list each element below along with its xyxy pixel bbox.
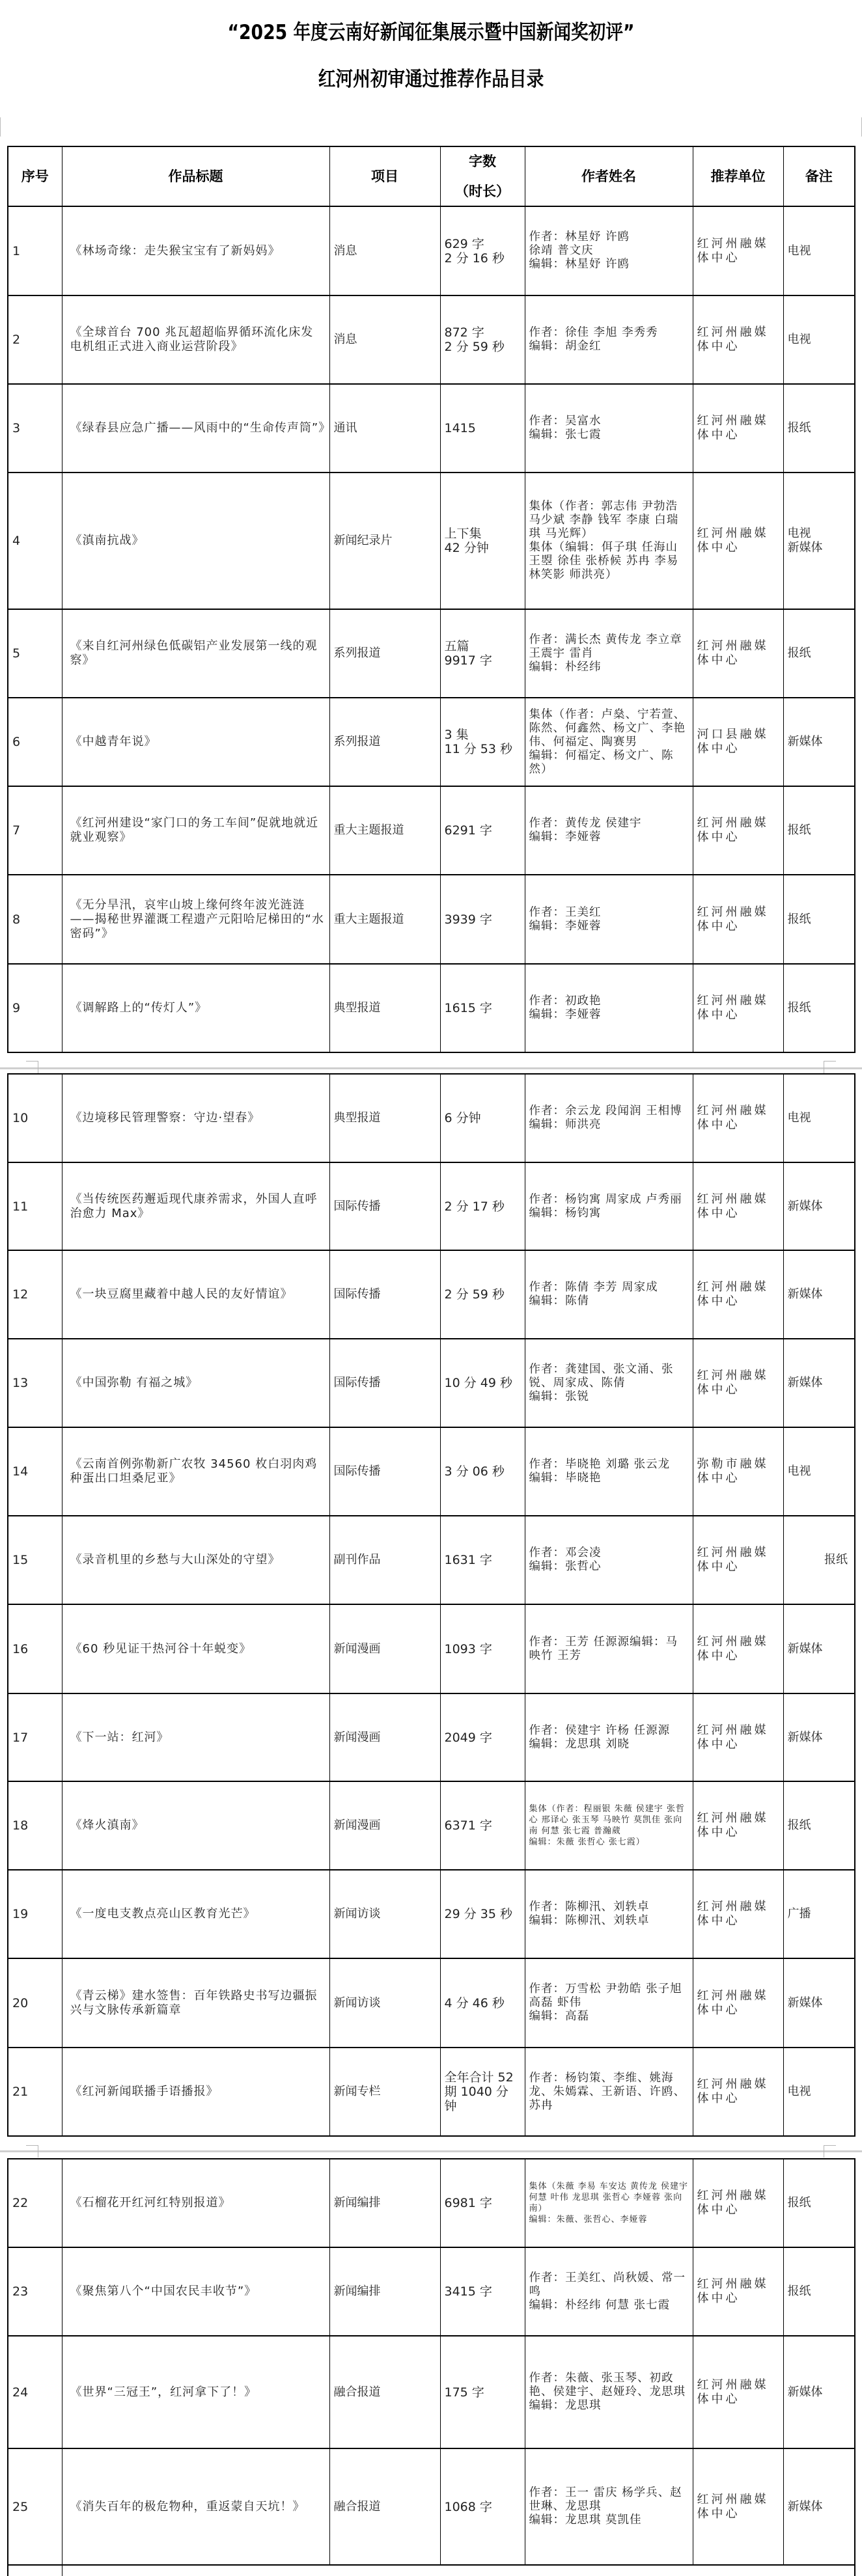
page-edge-left xyxy=(0,117,2,137)
cell-length: 3 分 06 秒 xyxy=(440,1427,525,1516)
cell-length: 4 分 46 秒 xyxy=(440,1958,525,2048)
cell-category: 融合报道 xyxy=(329,2448,440,2565)
page-break-1 xyxy=(0,1067,862,1069)
cell-authors-line: 作者：徐佳 李旭 李秀秀 xyxy=(529,326,689,340)
cell-length: 6291 字 xyxy=(440,786,525,875)
cell-authors: 作者：黄传龙 侯建宇编辑：李娅蓉 xyxy=(525,786,693,875)
cell-length: 3 集11 分 53 秒 xyxy=(440,698,525,786)
cell-unit: 红河州融媒体中心 xyxy=(693,1958,783,2048)
cell-title: 《调解路上的“传灯人”》 xyxy=(62,964,329,1052)
cell-title: 《红河新闻联播手语播报》 xyxy=(62,2048,329,2136)
cell-length-line: 6291 字 xyxy=(445,823,521,838)
cell-unit: 河口县融媒体中心 xyxy=(693,698,783,786)
cell-authors: 作者：陈倩 李芳 周家成编辑：陈倩 xyxy=(525,1250,693,1339)
header-unit: 推荐单位 xyxy=(693,146,783,206)
header-authors: 作者姓名 xyxy=(525,146,693,206)
cell-category: 副刊作品 xyxy=(329,1516,440,1604)
cell-authors: 作者：毕晓艳 刘璐 张云龙编辑：毕晓艳 xyxy=(525,1427,693,1516)
cell-length-line: 9917 字 xyxy=(445,653,521,668)
cell-length-line: 1615 字 xyxy=(445,1001,521,1015)
cell-authors-line: 作者：邓会凌 xyxy=(529,1546,689,1560)
table-row: 18《烽火滇南》新闻漫画6371 字集体（作者：程丽银 朱薇 侯建宇 张哲心 邢… xyxy=(8,1781,855,1870)
cell-authors: 集体（朱薇 李易 车安达 黄传龙 侯建宇 何慧 叶伟 龙思琪 张哲心 李娅蓉 张… xyxy=(525,2159,693,2247)
cell-authors-line: 编辑：龙思琪 xyxy=(529,2399,689,2413)
cell-authors: 作者：万雪松 尹勃皓 张子旭 高磊 虾伟编辑：高磊 xyxy=(525,1958,693,2048)
cell-remark: 报纸 xyxy=(783,1516,855,1604)
cell-length: 2 分 59 秒 xyxy=(440,1250,525,1339)
cell-category: 新闻专栏 xyxy=(329,2048,440,2136)
cell-length-line: 2049 字 xyxy=(445,1731,521,1745)
cell-authors-line: 集体（朱薇 李易 车安达 黄传龙 侯建宇 何慧 叶伟 龙思琪 张哲心 李娅蓉 张… xyxy=(529,2181,689,2214)
cell-authors: 作者：朱薇、张玉琴、初政艳、侯建宇、赵娅玲、龙思琪编辑：龙思琪 xyxy=(525,2336,693,2448)
cell-authors-line: 作者：龚建国、张文涌、张锐、周家成、陈倩 xyxy=(529,1363,689,1390)
cell-authors: 作者：侯建宇 许杨 任源源编辑：龙思琪 刘晓 xyxy=(525,1693,693,1781)
cell-authors-line: 作者：黄传龙 侯建宇 xyxy=(529,817,689,830)
margin-corner-mark xyxy=(824,1061,836,1073)
cell-authors: 作者：初政艳编辑：李娅蓉 xyxy=(525,964,693,1052)
cell-unit: 红河州融媒体中心 xyxy=(693,1162,783,1250)
cell-unit: 红河州融媒体中心 xyxy=(693,1693,783,1781)
cell-length-line: 42 分钟 xyxy=(445,541,521,555)
cell-length-line: 3 集 xyxy=(445,728,521,742)
table-row: 13《中国弥勒 有福之城》国际传播10 分 49 秒作者：龚建国、张文涌、张锐、… xyxy=(8,1339,855,1427)
cell-category: 消息 xyxy=(329,295,440,384)
cell-authors-line: 编辑：龙思琪 刘晓 xyxy=(529,1738,689,1751)
cell-length-line: 全年合计 52 期 1040 分钟 xyxy=(445,2070,521,2113)
cell-authors-line: 编辑：何福定、杨文广、陈然） xyxy=(529,749,689,776)
cell-authors-line: 作者：余云龙 段闻润 王相博 xyxy=(529,1104,689,1118)
table-row: 10《边境移民管理警察：守边·望春》典型报道6 分钟作者：余云龙 段闻润 王相博… xyxy=(8,1074,855,1162)
cell-unit: 红河州融媒体中心 xyxy=(693,2336,783,2448)
cell-authors-line: 作者：王一 雷庆 杨学兵、赵世琳、龙思琪 xyxy=(529,2486,689,2514)
cell-remark: 电视 xyxy=(783,206,855,295)
cell-length-line: 3415 字 xyxy=(445,2284,521,2299)
cell-index: 16 xyxy=(8,1604,62,1693)
cell-length: 6 分钟 xyxy=(440,1074,525,1162)
cell-index: 13 xyxy=(8,1339,62,1427)
cell-authors-line: 作者：王美红 xyxy=(529,906,689,920)
cell-title: 《当传统医药邂逅现代康养需求，外国人直呼治愈力 Max》 xyxy=(62,1162,329,1250)
cell-length-line: 1415 xyxy=(445,421,521,435)
margin-corner-mark xyxy=(824,2145,836,2158)
works-table-page3: 22《石榴花开红河红特别报道》新闻编排6981 字集体（朱薇 李易 车安达 黄传… xyxy=(7,2158,855,2576)
cell-length: 上下集42 分钟 xyxy=(440,473,525,609)
cell-unit: 红河州融媒体中心 xyxy=(693,964,783,1052)
table-row: 7《红河州建设“家门口的务工车间”促就地就近就业观察》重大主题报道6291 字作… xyxy=(8,786,855,875)
cell-index: 10 xyxy=(8,1074,62,1162)
header-length-line2: （时长） xyxy=(445,183,521,200)
cell-authors-line: 编辑：胡金红 xyxy=(529,340,689,353)
cell-remark: 新媒体 xyxy=(783,698,855,786)
cell-authors-line: 集体（作者：程丽银 朱薇 侯建宇 张哲心 邢译心 张玉琴 马映竹 莫凯佳 张向南… xyxy=(529,1803,689,1837)
cell-remark: 新媒体 xyxy=(783,1604,855,1693)
cell-authors: 集体（作者：程丽银 朱薇 侯建宇 张哲心 邢译心 张玉琴 马映竹 莫凯佳 张向南… xyxy=(525,1781,693,1870)
cell-authors-line: 徐靖 普文庆 xyxy=(529,244,689,258)
cell-index: 3 xyxy=(8,384,62,473)
cell-authors-line: 作者：杨钧策、李维、姚海龙、朱嫣霖、王新语、许鸥、苏冉 xyxy=(529,2072,689,2113)
table-row: 4《滇南抗战》新闻纪录片上下集42 分钟集体（作者：郭志伟 尹勃浩 马少斌 李静… xyxy=(8,473,855,609)
cell-authors: 作者：龚建国、张文涌、张锐、周家成、陈倩编辑：张锐 xyxy=(525,1339,693,1427)
cell-authors-line: 编辑：李娅蓉 xyxy=(529,1008,689,1022)
page-break-2 xyxy=(0,2150,862,2152)
works-table-page2: 10《边境移民管理警察：守边·望春》典型报道6 分钟作者：余云龙 段闻润 王相博… xyxy=(7,1073,855,2137)
table-row: 3《绿春县应急广播——风雨中的“生命传声筒”》通讯1415作者：吴富水编辑：张七… xyxy=(8,384,855,473)
table-row: 22《石榴花开红河红特别报道》新闻编排6981 字集体（朱薇 李易 车安达 黄传… xyxy=(8,2159,855,2247)
cell-category: 新闻编排 xyxy=(329,2247,440,2336)
cell-remark: 新媒体 xyxy=(783,1958,855,2048)
cell-index: 21 xyxy=(8,2048,62,2136)
header-remark: 备注 xyxy=(783,146,855,206)
cell-unit: 红河州融媒体中心 xyxy=(693,384,783,473)
cell-authors-line: 作者：满长杰 黄传龙 李立章 王震宇 雷肖 xyxy=(529,633,689,661)
cell-authors-line: 编辑：朴经纬 何慧 张七霞 xyxy=(529,2299,689,2312)
cell-title: 《石榴花开红河红特别报道》 xyxy=(62,2159,329,2247)
cell-index: 14 xyxy=(8,1427,62,1516)
cell-unit: 红河州融媒体中心 xyxy=(693,1250,783,1339)
cell-title: 《红河州建设“家门口的务工车间”促就地就近就业观察》 xyxy=(62,786,329,875)
cell-unit: 红河州融媒体中心 xyxy=(693,2048,783,2136)
cell-title: 《聚焦第八个“中国农民丰收节”》 xyxy=(62,2247,329,2336)
cell-authors: 作者：余云龙 段闻润 王相博编辑：师洪亮 xyxy=(525,1074,693,1162)
cell-remark: 新媒体 xyxy=(783,1693,855,1781)
cell-authors: 作者：杨钧策、李维、姚海龙、朱嫣霖、王新语、许鸥、苏冉 xyxy=(525,2048,693,2136)
cell-category: 国际传播 xyxy=(329,1250,440,1339)
cell-unit: 红河州融媒体中心 xyxy=(693,1074,783,1162)
cell-authors: 作者：吴富水编辑：张七霞 xyxy=(525,384,693,473)
header-category: 项目 xyxy=(329,146,440,206)
cell-unit: 红河州融媒体中心 xyxy=(693,1604,783,1693)
cell-unit: 红河州融媒体中心 xyxy=(693,473,783,609)
cell-authors-line: 集体（作者：郭志伟 尹勃浩 马少斌 李静 钱军 李康 白瑞琪 马光辉） xyxy=(529,500,689,541)
header-title: 作品标题 xyxy=(62,146,329,206)
cell-length: 872 字2 分 59 秒 xyxy=(440,295,525,384)
cell-length: 629 字2 分 16 秒 xyxy=(440,206,525,295)
cell-remark: 新媒体 xyxy=(783,1162,855,1250)
works-table-page1: 序号 作品标题 项目 字数 （时长） 作者姓名 推荐单位 备注 1《林场奇缘：走… xyxy=(7,146,855,1053)
cell-index: 8 xyxy=(8,875,62,964)
cell-title: 《消失百年的极危物种，重返蒙自天坑！》 xyxy=(62,2448,329,2565)
table-row: 15《录音机里的乡愁与大山深处的守望》副刊作品1631 字作者：邓会凌编辑：张哲… xyxy=(8,1516,855,1604)
cell-index: 18 xyxy=(8,1781,62,1870)
cell-authors-line: 作者：王美红、尚秋媛、常一鸣 xyxy=(529,2271,689,2299)
cell-unit: 弥勒市融媒体中心 xyxy=(693,1427,783,1516)
cell-authors-line: 编辑：朴经纬 xyxy=(529,661,689,674)
cell-title: 《烽火滇南》 xyxy=(62,1781,329,1870)
cell-category: 国际传播 xyxy=(329,1339,440,1427)
cell-authors-line: 编辑：林星妤 许鸥 xyxy=(529,258,689,271)
cell-unit: 红河州融媒体中心 xyxy=(693,1781,783,1870)
cell-authors-line: 作者：王芳 任源源编辑：马映竹 王芳 xyxy=(529,1636,689,1663)
cell-category: 新闻漫画 xyxy=(329,1693,440,1781)
cell-title: 《60 秒见证干热河谷十年蜕变》 xyxy=(62,1604,329,1693)
cell-index: 17 xyxy=(8,1693,62,1781)
cell-authors: 作者：林星妤 许鸥徐靖 普文庆编辑：林星妤 许鸥 xyxy=(525,206,693,295)
cell-remark: 报纸 xyxy=(783,384,855,473)
cell-unit: 红河州融媒体中心 xyxy=(693,206,783,295)
cell-authors-line: 编辑：李娅蓉 xyxy=(529,920,689,933)
cell-length-line: 11 分 53 秒 xyxy=(445,742,521,756)
cell-length-line: 872 字 xyxy=(445,325,521,340)
cell-authors-line: 编辑：李娅蓉 xyxy=(529,830,689,844)
cell-length: 全年合计 52 期 1040 分钟 xyxy=(440,2048,525,2136)
margin-corner-mark xyxy=(26,2145,38,2158)
cell-length-line: 1068 字 xyxy=(445,2500,521,2514)
cell-remark: 电视 xyxy=(783,1427,855,1516)
table-header-row: 序号 作品标题 项目 字数 （时长） 作者姓名 推荐单位 备注 xyxy=(8,146,855,206)
cell-title: 《世界“三冠王”，红河拿下了！》 xyxy=(62,2336,329,2448)
cell-length-line: 五篇 xyxy=(445,639,521,653)
cell-index: 5 xyxy=(8,609,62,698)
cell-authors-line: 作者：侯建宇 许杨 任源源 xyxy=(529,1724,689,1738)
table-row: 12《一块豆腐里藏着中越人民的友好情谊》国际传播2 分 59 秒作者：陈倩 李芳… xyxy=(8,1250,855,1339)
header-length: 字数 （时长） xyxy=(440,146,525,206)
table-row: 16《60 秒见证干热河谷十年蜕变》新闻漫画1093 字作者：王芳 任源源编辑：… xyxy=(8,1604,855,1693)
cell-index: 11 xyxy=(8,1162,62,1250)
document-title-block: “2025 年度云南好新闻征集展示暨中国新闻奖初评” 红河州初审通过推荐作品目录 xyxy=(0,0,862,117)
cell-index: 4 xyxy=(8,473,62,609)
cell-remark: 报纸 xyxy=(783,964,855,1052)
cell-category: 新闻纪录片 xyxy=(329,473,440,609)
margin-corner-mark xyxy=(26,1061,38,1073)
cell-authors-line: 编辑：张锐 xyxy=(529,1390,689,1404)
cell-length-line: 29 分 35 秒 xyxy=(445,1907,521,1921)
document-title-line1: “2025 年度云南好新闻征集展示暨中国新闻奖初评” xyxy=(61,16,802,45)
cell-authors: 作者：王芳 任源源编辑：马映竹 王芳 xyxy=(525,1604,693,1693)
cell-authors: 作者：王一 雷庆 杨学兵、赵世琳、龙思琪编辑：龙思琪 莫凯佳 xyxy=(525,2448,693,2565)
cell-unit: 红河州融媒体中心 xyxy=(693,1870,783,1958)
cell-remark: 广播 xyxy=(783,1870,855,1958)
cell-remark: 电视新媒体 xyxy=(783,473,855,609)
cell-unit: 红河州融媒体中心 xyxy=(693,609,783,698)
cell-authors: 作者：杨钧寓 周家成 卢秀丽 编辑：杨钧寓 xyxy=(525,1162,693,1250)
cell-length: 10 分 49 秒 xyxy=(440,1339,525,1427)
table-row: 23《聚焦第八个“中国农民丰收节”》新闻编排3415 字作者：王美红、尚秋媛、常… xyxy=(8,2247,855,2336)
cell-title: 《林场奇缘：走失猴宝宝有了新妈妈》 xyxy=(62,206,329,295)
cell-remark: 电视 xyxy=(783,295,855,384)
cell-length: 6371 字 xyxy=(440,1781,525,1870)
cell-length: 五篇9917 字 xyxy=(440,609,525,698)
cell-authors-line: 作者：初政艳 xyxy=(529,994,689,1008)
cell-title: 《滇南抗战》 xyxy=(62,473,329,609)
cell-length: 1631 字 xyxy=(440,1516,525,1604)
cell-title: 《录音机里的乡愁与大山深处的守望》 xyxy=(62,1516,329,1604)
cell-index: 9 xyxy=(8,964,62,1052)
cell-length: 1615 字 xyxy=(440,964,525,1052)
cell-length: 6981 字 xyxy=(440,2159,525,2247)
cell-remark: 报纸 xyxy=(783,2159,855,2247)
cell-category: 新闻漫画 xyxy=(329,1781,440,1870)
cell-remark: 新媒体 xyxy=(783,1339,855,1427)
cell-title: 《无分旱汛，哀牢山坡上缘何终年波光涟涟——揭秘世界灌溉工程遗产元阳哈尼梯田的“水… xyxy=(62,875,329,964)
cell-category: 消息 xyxy=(329,206,440,295)
cell-authors: 集体（作者：卢燊、宁若萱、陈然、何鑫然、杨文广、李艳伟、何福定、陶赛男编辑：何福… xyxy=(525,698,693,786)
table-row: 9《调解路上的“传灯人”》典型报道1615 字作者：初政艳编辑：李娅蓉红河州融媒… xyxy=(8,964,855,1052)
cell-index: 22 xyxy=(8,2159,62,2247)
cell-length-line: 629 字 xyxy=(445,237,521,251)
cell-index: 20 xyxy=(8,1958,62,2048)
cell-unit: 红河州融媒体中心 xyxy=(693,1516,783,1604)
cell-category: 新闻访谈 xyxy=(329,1870,440,1958)
cell-length: 2049 字 xyxy=(440,1693,525,1781)
cell-length-line: 3939 字 xyxy=(445,912,521,927)
cell-unit: 红河州融媒体中心 xyxy=(693,2448,783,2565)
table-row: 2《全球首台 700 兆瓦超超临界循环流化床发电机组正式进入商业运营阶段》消息8… xyxy=(8,295,855,384)
cell-category: 新闻漫画 xyxy=(329,1604,440,1693)
cell-unit: 红河州融媒体中心 xyxy=(693,786,783,875)
cell-index: 23 xyxy=(8,2247,62,2336)
cell-authors-line: 作者：毕晓艳 刘璐 张云龙 xyxy=(529,1458,689,1472)
cell-length-line: 2 分 17 秒 xyxy=(445,1199,521,1214)
cell-length-line: 6 分钟 xyxy=(445,1111,521,1125)
cell-index: 24 xyxy=(8,2336,62,2448)
cell-length: 175 字 xyxy=(440,2336,525,2448)
cell-title: 《绿春县应急广播——风雨中的“生命传声筒”》 xyxy=(62,384,329,473)
cell-authors-line: 作者：朱薇、张玉琴、初政艳、侯建宇、赵娅玲、龙思琪 xyxy=(529,2372,689,2399)
table-row: 11《当传统医药邂逅现代康养需求，外国人直呼治愈力 Max》国际传播2 分 17… xyxy=(8,1162,855,1250)
cell-remark: 新媒体 xyxy=(783,1250,855,1339)
cell-authors-line: 编辑：朱薇 张哲心 张七霞） xyxy=(529,1837,689,1848)
cell-remark: 报纸 xyxy=(783,609,855,698)
cell-length: 1093 字 xyxy=(440,1604,525,1693)
cell-authors-line: 作者：吴富水 xyxy=(529,415,689,428)
cell-title: 《全球首台 700 兆瓦超超临界循环流化床发电机组正式进入商业运营阶段》 xyxy=(62,295,329,384)
cell-title: 《一块豆腐里藏着中越人民的友好情谊》 xyxy=(62,1250,329,1339)
cell-index: 1 xyxy=(8,206,62,295)
cell-index: 19 xyxy=(8,1870,62,1958)
cell-unit: 红河州融媒体中心 xyxy=(693,1339,783,1427)
cell-remark: 电视 xyxy=(783,2048,855,2136)
cell-category: 新闻编排 xyxy=(329,2159,440,2247)
cell-index: 2 xyxy=(8,295,62,384)
header-index: 序号 xyxy=(8,146,62,206)
cell-authors-line: 编辑：张七霞 xyxy=(529,428,689,442)
cell-authors-line: 作者：陈倩 李芳 周家成 xyxy=(529,1281,689,1295)
cell-authors-line: 作者：杨钧寓 周家成 卢秀丽 编辑：杨钧寓 xyxy=(529,1193,689,1220)
cell-authors: 作者：王美红编辑：李娅蓉 xyxy=(525,875,693,964)
table-row: 20《青云梯》建水签售：百年铁路史书写边疆振兴与文脉传承新篇章新闻访谈4 分 4… xyxy=(8,1958,855,2048)
cell-remark: 电视 xyxy=(783,1074,855,1162)
cell-authors: 作者：王美红、尚秋媛、常一鸣编辑：朴经纬 何慧 张七霞 xyxy=(525,2247,693,2336)
cell-authors: 作者：邓会凌编辑：张哲心 xyxy=(525,1516,693,1604)
cell-title: 《云南首例弥勒新广农牧 34560 枚白羽肉鸡种蛋出口坦桑尼亚》 xyxy=(62,1427,329,1516)
cell-length-line: 2 分 59 秒 xyxy=(445,340,521,354)
cell-length-line: 175 字 xyxy=(445,2385,521,2400)
cell-index: 25 xyxy=(8,2448,62,2565)
cell-length-line: 4 分 46 秒 xyxy=(445,1996,521,2010)
cell-category: 融合报道 xyxy=(329,2336,440,2448)
cell-length-line: 6371 字 xyxy=(445,1818,521,1833)
cell-length: 3939 字 xyxy=(440,875,525,964)
cell-authors-line: 作者：林星妤 许鸥 xyxy=(529,230,689,244)
cell-length: 1068 字 xyxy=(440,2448,525,2565)
cell-authors-line: 作者：万雪松 尹勃皓 张子旭 高磊 虾伟 xyxy=(529,1982,689,2010)
cell-length: 1415 xyxy=(440,384,525,473)
cell-title: 《中国弥勒 有福之城》 xyxy=(62,1339,329,1427)
cell-category: 典型报道 xyxy=(329,1074,440,1162)
cell-index: 6 xyxy=(8,698,62,786)
table-row-partial xyxy=(8,2565,855,2576)
cell-length-line: 2 分 16 秒 xyxy=(445,251,521,266)
cell-authors: 集体（作者：郭志伟 尹勃浩 马少斌 李静 钱军 李康 白瑞琪 马光辉）集体（编辑… xyxy=(525,473,693,609)
cell-authors-line: 作者：陈柳汛、刘轶卓 xyxy=(529,1900,689,1914)
cell-index: 15 xyxy=(8,1516,62,1604)
table-row: 25《消失百年的极危物种，重返蒙自天坑！》融合报道1068 字作者：王一 雷庆 … xyxy=(8,2448,855,2565)
cell-category: 重大主题报道 xyxy=(329,786,440,875)
cell-length-line: 1093 字 xyxy=(445,1642,521,1656)
cell-unit: 红河州融媒体中心 xyxy=(693,2247,783,2336)
cell-remark-line: 电视 xyxy=(788,527,851,541)
table-row: 24《世界“三冠王”，红河拿下了！》融合报道175 字作者：朱薇、张玉琴、初政艳… xyxy=(8,2336,855,2448)
cell-authors: 作者：陈柳汛、刘轶卓编辑：陈柳汛、刘轶卓 xyxy=(525,1870,693,1958)
cell-length: 2 分 17 秒 xyxy=(440,1162,525,1250)
table-row: 6《中越青年说》系列报道3 集11 分 53 秒集体（作者：卢燊、宁若萱、陈然、… xyxy=(8,698,855,786)
cell-length: 29 分 35 秒 xyxy=(440,1870,525,1958)
header-length-line1: 字数 xyxy=(445,153,521,170)
cell-index: 7 xyxy=(8,786,62,875)
cell-length-line: 1631 字 xyxy=(445,1553,521,1567)
cell-title: 《中越青年说》 xyxy=(62,698,329,786)
cell-remark: 报纸 xyxy=(783,1781,855,1870)
cell-category: 国际传播 xyxy=(329,1162,440,1250)
cell-category: 新闻访谈 xyxy=(329,1958,440,2048)
cell-category: 国际传播 xyxy=(329,1427,440,1516)
table-row: 5《来自红河州绿色低碳铝产业发展第一线的观察》系列报道五篇9917 字作者：满长… xyxy=(8,609,855,698)
cell-unit: 红河州融媒体中心 xyxy=(693,875,783,964)
cell-length-line: 6981 字 xyxy=(445,2196,521,2210)
cell-authors-line: 集体（作者：卢燊、宁若萱、陈然、何鑫然、杨文广、李艳伟、何福定、陶赛男 xyxy=(529,708,689,749)
cell-remark: 报纸 xyxy=(783,875,855,964)
table-row: 21《红河新闻联播手语播报》新闻专栏全年合计 52 期 1040 分钟作者：杨钧… xyxy=(8,2048,855,2136)
cell-authors-line: 编辑：张哲心 xyxy=(529,1560,689,1574)
cell-unit: 红河州融媒体中心 xyxy=(693,295,783,384)
table-row: 14《云南首例弥勒新广农牧 34560 枚白羽肉鸡种蛋出口坦桑尼亚》国际传播3 … xyxy=(8,1427,855,1516)
cell-category: 重大主题报道 xyxy=(329,875,440,964)
cell-authors: 作者：满长杰 黄传龙 李立章 王震宇 雷肖编辑：朴经纬 xyxy=(525,609,693,698)
cell-remark: 新媒体 xyxy=(783,2336,855,2448)
cell-length-line: 10 分 49 秒 xyxy=(445,1376,521,1390)
cell-length: 3415 字 xyxy=(440,2247,525,2336)
cell-authors-line: 编辑：毕晓艳 xyxy=(529,1472,689,1485)
cell-length-line: 2 分 59 秒 xyxy=(445,1287,521,1302)
cell-title: 《来自红河州绿色低碳铝产业发展第一线的观察》 xyxy=(62,609,329,698)
cell-remark-line: 新媒体 xyxy=(788,541,851,555)
cell-remark: 新媒体 xyxy=(783,2448,855,2565)
cell-title: 《一度电支教点亮山区教育光芒》 xyxy=(62,1870,329,1958)
cell-authors-line: 编辑：龙思琪 莫凯佳 xyxy=(529,2514,689,2527)
table-row: 17《下一站：红河》新闻漫画2049 字作者：侯建宇 许杨 任源源编辑：龙思琪 … xyxy=(8,1693,855,1781)
document-title-line2: 红河州初审通过推荐作品目录 xyxy=(61,62,802,92)
table-row: 1《林场奇缘：走失猴宝宝有了新妈妈》消息629 字2 分 16 秒作者：林星妤 … xyxy=(8,206,855,295)
cell-authors-line: 编辑：朱薇、张哲心、李娅蓉 xyxy=(529,2214,689,2225)
table-row: 8《无分旱汛，哀牢山坡上缘何终年波光涟涟——揭秘世界灌溉工程遗产元阳哈尼梯田的“… xyxy=(8,875,855,964)
cell-remark: 报纸 xyxy=(783,2247,855,2336)
cell-title: 《下一站：红河》 xyxy=(62,1693,329,1781)
cell-category: 系列报道 xyxy=(329,609,440,698)
cell-length-line: 上下集 xyxy=(445,527,521,541)
cell-index xyxy=(8,2565,62,2576)
cell-authors-line: 编辑：陈柳汛、刘轶卓 xyxy=(529,1914,689,1928)
cell-authors-line: 编辑：师洪亮 xyxy=(529,1118,689,1132)
cell-category: 系列报道 xyxy=(329,698,440,786)
cell-category: 通讯 xyxy=(329,384,440,473)
cell-authors-line: 编辑：陈倩 xyxy=(529,1295,689,1308)
cell-index: 12 xyxy=(8,1250,62,1339)
cell-title: 《青云梯》建水签售：百年铁路史书写边疆振兴与文脉传承新篇章 xyxy=(62,1958,329,2048)
cell-category: 典型报道 xyxy=(329,964,440,1052)
cell-remark: 报纸 xyxy=(783,786,855,875)
cell-unit: 红河州融媒体中心 xyxy=(693,2159,783,2247)
cell-authors: 作者：徐佳 李旭 李秀秀编辑：胡金红 xyxy=(525,295,693,384)
